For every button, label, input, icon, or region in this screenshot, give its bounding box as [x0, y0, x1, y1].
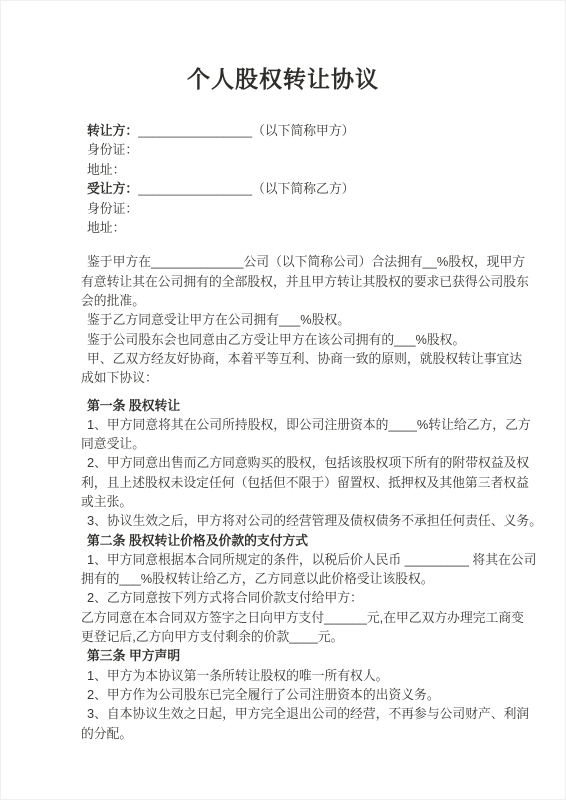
body-line: 2、甲方同意出售而乙方同意购买的股权，包括该股权项下所有的附带权益及权	[1, 453, 565, 472]
party-name-blank: ________________	[138, 181, 252, 196]
document-body: 鉴于甲方在_____________公司（以下简称公司）合法拥有__%股权，现甲…	[1, 252, 565, 742]
document-page: 个人股权转让协议 转让方：________________（以下简称甲方） 身份…	[0, 0, 566, 800]
party-name-blank: ________________	[138, 123, 252, 138]
body-line: 或主张。	[1, 492, 565, 511]
body-line: 鉴于公司股东会也同意由乙方受让甲方在该公司拥有的___%股权。	[1, 330, 565, 349]
body-line: 甲、乙双方经友好协商，本着平等互利、协商一致的原则，就股权转让事宜达	[1, 349, 565, 368]
body-line: 2、甲方作为公司股东已完全履行了公司注册资本的出资义务。	[1, 685, 565, 704]
body-line: 成如下协议：	[1, 368, 565, 387]
party-alias-label: （以下简称乙方）	[252, 181, 354, 196]
body-line: 会的批准。	[1, 291, 565, 310]
party-block-transferee: 受让方：________________（以下简称乙方） 身份证： 地址：	[1, 179, 565, 237]
section-heading: 第三条 甲方声明	[1, 646, 565, 665]
body-line: 的分配。	[1, 724, 565, 743]
body-line: 1、甲方同意将其在公司所持股权，即公司注册资本的____%转让给乙方，乙方	[1, 415, 565, 434]
body-line: 乙方同意在本合同双方签字之日向甲方支付______元,在甲乙双方办理完工商变	[1, 608, 565, 627]
section-heading: 第一条 股权转让	[1, 396, 565, 415]
document-title: 个人股权转让协议	[1, 65, 565, 93]
body-line: 1、甲方同意根据本合同所规定的条件，以税后价人民币 _________ 将其在公…	[1, 550, 565, 569]
body-line: 利，且上述股权未设定任何（包括但不限于）留置权、抵押权及其他第三者权益	[1, 473, 565, 492]
party-alias-label: （以下简称甲方）	[252, 123, 354, 138]
party-role-label: 转让方：	[87, 123, 138, 138]
party-header-row: 转让方：________________（以下简称甲方）	[1, 121, 565, 140]
body-line: 有意转让其在公司拥有的全部股权，并且甲方转让其股权的要求已获得公司股东	[1, 272, 565, 291]
section-heading: 第二条 股权转让价格及价款的支付方式	[1, 531, 565, 550]
body-line: 2、乙方同意按下列方式将合同价款支付给甲方：	[1, 588, 565, 607]
party-id-label: 身份证：	[1, 140, 565, 159]
body-line: 鉴于乙方同意受让甲方在公司拥有___%股权。	[1, 310, 565, 329]
body-line: 3、自本协议生效之日起，甲方完全退出公司的经营，不再参与公司财产、利润	[1, 704, 565, 723]
party-address-label: 地址：	[1, 160, 565, 179]
body-line: 3、协议生效之后，甲方将对公司的经营管理及债权债务不承担任何责任、义务。	[1, 511, 565, 530]
party-role-label: 受让方：	[87, 181, 138, 196]
body-line: 同意受让。	[1, 434, 565, 453]
body-line: 鉴于甲方在_____________公司（以下简称公司）合法拥有__%股权，现甲…	[1, 252, 565, 271]
body-line: 更登记后,乙方向甲方支付剩余的价款____元。	[1, 627, 565, 646]
party-address-label: 地址：	[1, 218, 565, 237]
party-id-label: 身份证：	[1, 199, 565, 218]
body-line: 1、甲方为本协议第一条所转让股权的唯一所有权人。	[1, 666, 565, 685]
parties-section: 转让方：________________（以下简称甲方） 身份证： 地址： 受让…	[1, 121, 565, 237]
party-header-row: 受让方：________________（以下简称乙方）	[1, 179, 565, 198]
body-line: 拥有的___%股权转让给乙方，乙方同意以此价格受让该股权。	[1, 569, 565, 588]
party-block-transferor: 转让方：________________（以下简称甲方） 身份证： 地址：	[1, 121, 565, 179]
